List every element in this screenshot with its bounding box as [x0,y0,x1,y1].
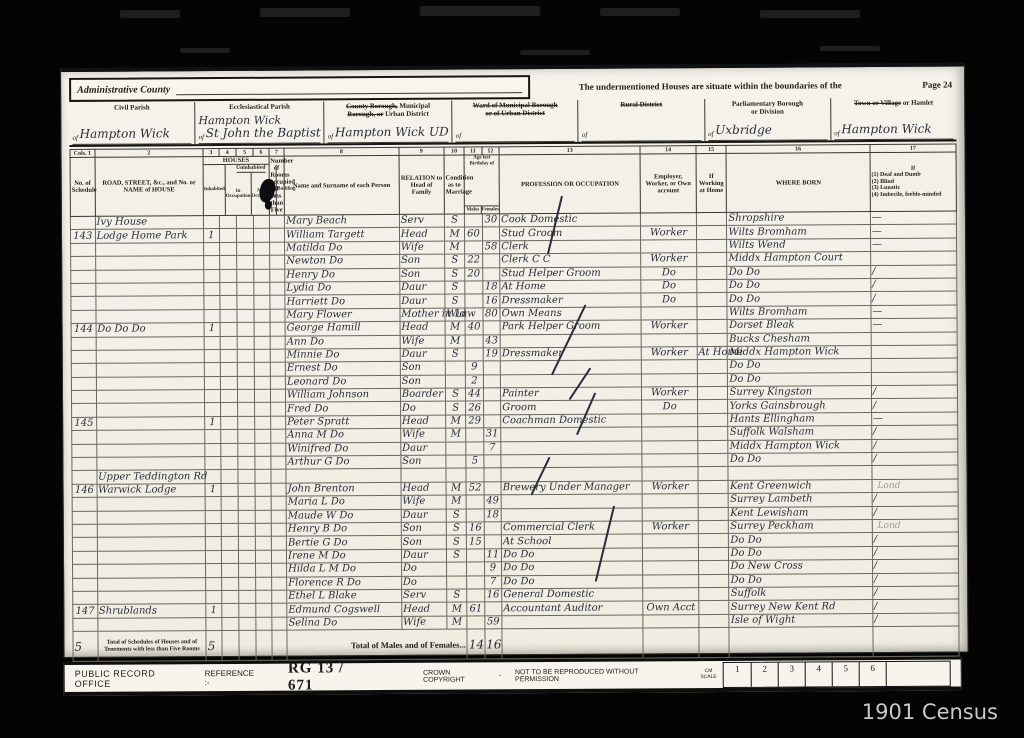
cell-s [72,538,97,552]
header-females: Females [480,206,499,213]
cm-scale-cell: 1 [724,662,751,686]
cell-u2 [238,563,255,576]
cell-rel: Head [399,228,444,242]
pencil-annotation: Lond [877,481,900,491]
cell-i [206,537,221,550]
cell-u1 [219,296,236,309]
cell-bl [255,443,270,456]
reproduction-notice: NOT TO BE REPRODUCED WITHOUT PERMISSION [515,668,662,683]
cell-rel: Wife [400,428,445,442]
cell-r [97,577,206,591]
cell-s [73,618,98,632]
cell-af: 49 [484,495,501,508]
cell-inf: — [870,238,956,252]
cell-u2 [237,322,254,335]
cell-bl [254,282,269,295]
cell-h [698,534,729,548]
cell-c: S [446,509,467,523]
cell-inf [871,332,957,346]
cell-af: 16 [483,294,500,307]
cell-emp: Worker [641,226,696,240]
cell-i [206,617,221,630]
cell-af [482,227,499,240]
cell-emp [643,588,698,602]
cell-inf: / [871,385,957,399]
cell-h [697,400,728,414]
cell-r: Warwick Lodge [97,483,206,497]
cell-u1 [220,323,237,336]
cell-inf: / [872,532,958,546]
cell-i [205,457,220,470]
cell-occ: Cook Domestic [500,213,641,227]
cell-af [483,415,500,428]
cell-b: Surrey Lambeth [729,493,872,507]
district-cell: Ecclesiastical ParishHampton Wickof St J… [194,101,323,144]
cell-s [70,216,95,230]
cell-af: 59 [485,616,502,629]
cell-emp [643,494,698,508]
cell-bl [255,429,270,442]
cell-s [71,377,96,391]
cell-i [204,363,219,376]
cell-inf: / [871,278,957,292]
cell-b: Kent Lewisham [729,506,872,520]
cell-rm [271,590,286,603]
cell-emp [642,440,697,454]
cell-rel: Daur [400,348,445,362]
cell-s [73,564,98,578]
cell-s [71,364,96,378]
cell-b: Do Do [729,533,872,547]
cell-i: 1 [206,604,221,617]
cell-occ: Do Do [502,574,643,588]
cell-af: 11 [484,549,501,562]
cell-i [205,403,220,416]
cell-c: S [445,281,466,295]
cell-am: 22 [465,254,482,267]
cell-n: Leonard Do [285,375,400,389]
cell-u2 [238,550,255,563]
cell-emp [642,333,697,347]
cell-c: M [445,335,466,349]
cell-b: Surrey New Kent Rd [729,600,872,614]
cell-i [205,524,220,537]
cell-i [205,443,220,456]
cell-s: 143 [70,230,95,244]
cell-af: 18 [484,508,501,521]
cell-n: Maude W Do [286,509,401,523]
cell-occ: Accountant Auditor [502,601,643,615]
cell-r [96,309,205,323]
cell-bl [254,255,269,268]
column-number: 9 [399,147,444,155]
cell-am: 20 [465,267,482,280]
cell-r [97,564,206,578]
cell-s [72,471,97,485]
cell-c: S [447,589,468,603]
cell-n: Ethel L Blake [287,589,402,603]
cell-r [97,550,206,564]
cell-rm [270,309,285,322]
cell-bl [254,322,269,335]
cell-bl [256,537,271,550]
cell-am [467,562,484,575]
reference-label: REFERENCE :- [205,668,254,686]
cell-s [71,243,96,257]
cell-emp [643,547,698,561]
caption-1901-census: 1901 Census [862,700,998,724]
cell-c: M [446,428,467,442]
cell-bl [255,416,270,429]
cell-i [204,349,219,362]
cell-am [467,575,484,588]
cell-bl [256,577,271,590]
cell-b: Do Do [727,292,870,306]
cell-emp: Do [642,400,697,414]
cell-occ: Do Do [502,548,643,562]
cell-u2 [239,617,256,630]
cell-inf: / [872,492,958,506]
cell-am: 40 [465,321,482,334]
header-infirmity: If(1) Deaf and Dumb(2) Blind(3) Lunatic(… [870,152,956,212]
cell-u1 [220,390,237,403]
header-age: Age last Birthday of [465,155,499,205]
cell-rm [271,483,286,496]
cell-i: 1 [204,323,219,336]
cell-af: 19 [483,348,500,361]
film-background: Administrative County The undermentioned… [0,0,1024,738]
cell-n: Mary Beach [284,214,399,228]
cell-u1 [220,349,237,362]
cell-rel: Son [400,375,445,389]
cell-emp: Worker [642,320,697,334]
cell-bl [255,496,270,509]
cell-bl [254,229,269,242]
cell-s: 147 [73,605,98,619]
cell-bl [254,215,269,228]
cell-am: 15 [467,535,484,548]
film-artifact [260,8,350,17]
cell-u1 [221,550,238,563]
cell-u2 [236,242,253,255]
cell-c: M [444,227,465,241]
cell-af [484,602,501,615]
cell-i [205,497,220,510]
cell-i [204,269,219,282]
cell-rm [270,443,285,456]
cell-u2 [238,470,255,483]
cm-scale: 123456 [723,660,951,687]
total-females: 16 [485,629,503,659]
cell-c: Wid [445,308,466,322]
cell-inf: / [872,559,958,573]
cell-c: S [444,254,465,268]
cell-i [204,256,219,269]
district-value: Hampton Wick [841,122,931,137]
cell-h [698,494,729,508]
cell-rm [271,496,286,509]
cell-am: 5 [466,455,483,468]
cell-n: Florence R Do [287,576,402,590]
cell-i [204,216,219,229]
cell-occ: Dressmaker [500,293,641,307]
cell-rm [271,563,286,576]
cell-af: 58 [482,241,499,254]
cell-b: Hants Ellingham [728,412,871,426]
column-headers-row: No. of Schedule ROAD, STREET, &c., and N… [70,152,956,216]
cell-i: 1 [205,483,220,496]
cm-scale-cell: 5 [832,662,859,686]
cell-occ [501,467,642,481]
cell-s [71,283,96,297]
cell-r [96,403,205,417]
cell-u2 [238,430,255,443]
cell-r: Do Do Do [96,323,205,337]
cell-inf: / [872,506,958,520]
cell-b: Do Do [728,359,871,373]
cm-scale-cell: 6 [859,661,886,685]
cell-h [698,453,729,467]
cell-h [697,279,728,293]
cell-u2 [237,282,254,295]
cell-am [466,348,483,361]
cell-c: M [446,495,467,509]
cell-u2 [238,456,255,469]
cell-bl [256,523,271,536]
cell-s [71,270,96,284]
cell-emp: Do [641,280,696,294]
cell-am [466,509,483,522]
cell-r [95,269,204,283]
district-value: Uxbridge [715,123,772,137]
cell-rel: Son [401,522,446,536]
header-condition: Condition as to Marriage [444,155,465,214]
cell-occ: Dressmaker [500,347,641,361]
header-age-group: Age last Birthday of Males Females [464,155,499,214]
cell-u1 [220,403,237,416]
cell-am [467,589,484,602]
cell-occ: At School [501,534,642,548]
cell-rel: Do [400,402,445,416]
cell-bl [256,563,271,576]
cell-u1 [219,282,236,295]
cell-inf: / [871,398,957,412]
cell-bl [254,269,269,282]
cell-rel: Do [401,562,446,576]
cell-h [697,320,728,334]
cell-r [97,497,206,511]
cell-af [483,361,500,374]
cell-occ [501,427,642,441]
cell-inf: — [871,412,957,426]
cell-b: Do Do [729,573,872,587]
cm-scale-cell: 3 [778,662,805,686]
cell-af [482,267,499,280]
cell-am [465,294,482,307]
cell-rm [269,269,284,282]
cell-i [206,577,221,590]
cell-occ: General Domestic [502,588,643,602]
cell-u2 [238,537,255,550]
district-value: Hampton Wick [80,126,170,141]
cell-u2 [237,403,254,416]
situate-statement: The undermentioned Houses are situate wi… [530,73,890,99]
cell-b: Middx Hampton Wick [728,345,871,359]
cell-rel: Son [399,254,444,268]
cell-u1 [220,430,237,443]
cell-h [698,520,729,534]
cell-n: Harriett Do [285,295,400,309]
cell-am [465,214,482,227]
cell-emp [643,614,698,628]
cell-occ: At Home [500,280,641,294]
cell-i [204,242,219,255]
cell-af [483,375,500,388]
cell-b: Dorset Bleak [728,319,871,333]
cell-i [204,282,219,295]
cell-rm [270,336,285,349]
cell-bl [255,349,270,362]
film-artifact [820,46,880,51]
cell-b: Middx Hampton Wick [728,439,871,453]
cell-n: Newton Do [285,255,400,269]
header-inhabited: Inhabited [204,165,225,215]
film-artifact [120,10,180,18]
cell-bl [254,336,269,349]
cell-r [97,617,206,631]
cell-u2 [237,349,254,362]
header-uninhabited: Uninhabited [236,165,265,173]
cell-emp [643,507,698,521]
empty-cell [272,630,288,660]
cell-rel: Daur [400,294,445,308]
column-number: 10 [444,147,465,155]
cell-b: Suffolk Walsham [728,426,871,440]
district-cell: Civil Parishof Hampton Wick [69,102,194,145]
header-where-born: WHERE BORN [727,153,871,213]
cell-rel: Son [401,455,446,469]
cell-rel: Wife [401,495,446,509]
cell-r [96,416,205,430]
cell-c [445,361,466,375]
cell-n: Ernest Do [285,362,400,376]
cell-rm [271,523,286,536]
cell-bl [255,389,270,402]
pro-reference-strip: PUBLIC RECORD OFFICE REFERENCE :- RG 13 … [64,657,962,696]
cell-rel: Son [401,536,446,550]
cell-rm [269,229,284,242]
cell-am: 9 [466,361,483,374]
cell-u2 [237,269,254,282]
cell-n: Anna M Do [286,429,401,443]
film-artifact [520,50,590,55]
cell-b: Middx Hampton Court [727,252,870,266]
cell-inf: / [872,452,958,466]
cell-h [697,293,728,307]
cell-am: 26 [466,401,483,414]
cell-h [697,306,728,320]
cell-c: S [444,214,465,228]
cell-u1 [221,497,238,510]
empty-cell [502,628,644,659]
cell-af: 7 [483,441,500,454]
cell-r: Shrublands [97,604,206,618]
cell-bl [256,550,271,563]
administrative-county-label: Administrative County [77,84,170,96]
cell-r [97,510,206,524]
cell-u2 [239,590,256,603]
cell-r [96,430,205,444]
column-number: 4 [218,148,235,156]
cell-bl [255,470,270,483]
cell-emp [641,306,696,320]
cell-n: Ann Do [285,335,400,349]
cell-am [466,495,483,508]
cell-rm [270,295,285,308]
column-number: 6 [253,148,268,156]
cell-rm [271,577,286,590]
cell-b: Isle of Wight [729,613,872,627]
cell-n: Selina Do [287,616,402,630]
cell-s [71,350,96,364]
cell-r [95,283,204,297]
cell-bl [256,590,271,603]
cell-u2 [236,229,253,242]
cell-rm [270,322,285,335]
cell-rel: Do [401,576,446,590]
cell-inf: — [871,318,957,332]
cell-rm [271,603,286,616]
cell-n: Winifred Do [286,442,401,456]
cell-c: S [445,294,466,308]
cell-rel: Head [402,602,447,616]
cell-n: Maria L Do [286,496,401,510]
cell-r: Ivy House [95,216,204,230]
cell-h [698,574,729,588]
cell-rel: Son [399,268,444,282]
cell-n: Mary Flower [285,308,400,322]
cell-u1 [219,309,236,322]
cell-bl [256,604,271,617]
cell-c [446,442,467,456]
cell-n: Fred Do [286,402,401,416]
cell-emp: Worker [643,521,698,535]
cell-u1 [221,617,238,630]
cell-rm [271,456,286,469]
cell-c [446,576,467,590]
district-cell: Parliamentary Boroughor Divisionof Uxbri… [704,98,830,141]
cell-bl [255,483,270,496]
cell-h [697,413,728,427]
cell-u2 [238,443,255,456]
cell-r [95,296,204,310]
cell-rel: Daur [401,549,446,563]
empty-cell [729,627,873,658]
film-artifact [420,6,540,16]
cell-inf: Lond [872,519,958,533]
cell-c [446,562,467,576]
cell-r [96,443,205,457]
cell-af: 31 [483,428,500,441]
cell-inf: Lond [872,479,958,493]
cell-h [698,467,729,481]
cell-b: Kent Greenwich [728,479,871,493]
cell-emp: Worker [642,347,697,361]
cell-emp [642,467,697,481]
cell-b: Bucks Chesham [728,332,871,346]
cell-u2 [238,497,255,510]
district-value: Hampton Wick UD [335,125,449,140]
